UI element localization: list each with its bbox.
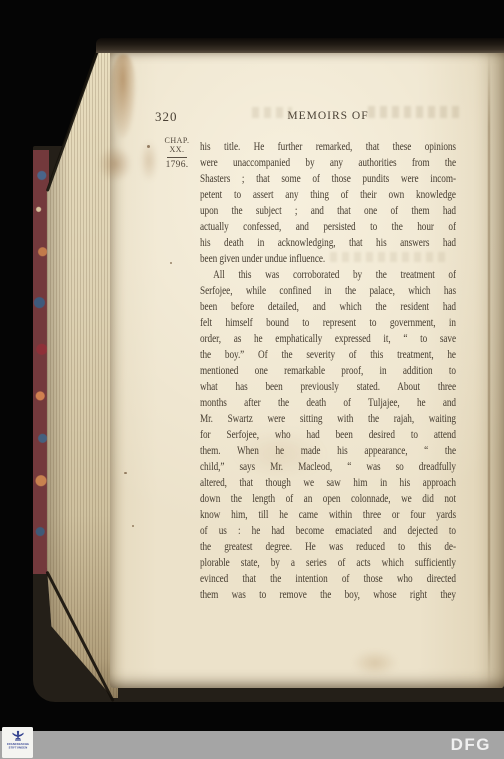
book-top-edge — [96, 38, 504, 53]
ink-speck — [124, 472, 127, 474]
text-line: altered, that though we saw him in his a… — [200, 474, 456, 490]
margin-rule — [167, 157, 187, 158]
body-text: his title. He further remarked, that the… — [200, 138, 456, 602]
text-line: were unaccompanied by any authorities fr… — [200, 154, 456, 170]
page-number: 320 — [155, 109, 178, 125]
footer-bar — [0, 731, 504, 759]
text-line: Mr. Swartz were sitting with the rajah, … — [200, 410, 456, 426]
text-line: Shasters ; that some of those pundits we… — [200, 170, 456, 186]
margin-note: CHAP. XX. 1796. — [156, 136, 198, 170]
text-line: All this was corroborated by the treatme… — [200, 266, 456, 282]
text-line: plorable state, by a series of acts whic… — [200, 554, 456, 570]
text-line: been before detailed, and which the resi… — [200, 298, 456, 314]
text-line: the boy.” Of the severity of this treatm… — [200, 346, 456, 362]
text-line: upon the subject ; and that one of them … — [200, 202, 456, 218]
text-line: his title. He further remarked, that the… — [200, 138, 456, 154]
text-line: know him, till he came within three or f… — [200, 506, 456, 522]
library-logo-line2: STIFTUNGEN — [2, 746, 33, 749]
text-line: of us : he had become emaciated and deje… — [200, 522, 456, 538]
franckesche-eagle-icon — [11, 729, 24, 742]
year-label: 1796. — [156, 160, 198, 170]
text-line: petent to assert any thing of their own … — [200, 186, 456, 202]
text-line: down the length of an open colonnade, we… — [200, 490, 456, 506]
show-through-ghost — [252, 107, 292, 118]
text-line: them was to remove the boy, whose right … — [200, 586, 456, 602]
show-through-ghost — [330, 252, 448, 262]
page-fore-edge-stack — [44, 46, 118, 698]
text-line: what has been previously stated. About t… — [200, 378, 456, 394]
library-logo-text: FRANCKESCHE STIFTUNGEN — [2, 743, 33, 750]
library-logo[interactable]: FRANCKESCHE STIFTUNGEN — [2, 727, 33, 758]
marbled-cover-edge — [33, 150, 49, 574]
text-line: evinced that the intention of those who … — [200, 570, 456, 586]
show-through-ghost — [368, 106, 460, 118]
chapter-number: XX. — [156, 145, 198, 154]
text-line: felt himself bound to represent to gover… — [200, 314, 456, 330]
dfg-logo[interactable]: DFG — [451, 735, 491, 755]
ink-speck — [170, 262, 172, 264]
book-page: 320 MEMOIRS OF CHAP. XX. 1796. his title… — [110, 50, 504, 688]
text-line: mentioned one remarkable proof, in addit… — [200, 362, 456, 378]
ink-speck — [147, 145, 150, 148]
text-line: his death in acknowledging, that his ans… — [200, 234, 456, 250]
text-line: for Serfojee, who had been desired to at… — [200, 426, 456, 442]
text-line: months after the death of Tuljajee, he a… — [200, 394, 456, 410]
chapter-label: CHAP. — [156, 136, 198, 145]
text-line: the greatest degree. He was reduced to t… — [200, 538, 456, 554]
gutter-crease — [488, 50, 490, 688]
text-line: Serfojee, while confined in the palace, … — [200, 282, 456, 298]
ink-speck — [132, 525, 134, 527]
text-line: order, as he emphatically expressed it, … — [200, 330, 456, 346]
scan-viewport: 320 MEMOIRS OF CHAP. XX. 1796. his title… — [0, 0, 504, 759]
text-line: actually confessed, and persisted to the… — [200, 218, 456, 234]
